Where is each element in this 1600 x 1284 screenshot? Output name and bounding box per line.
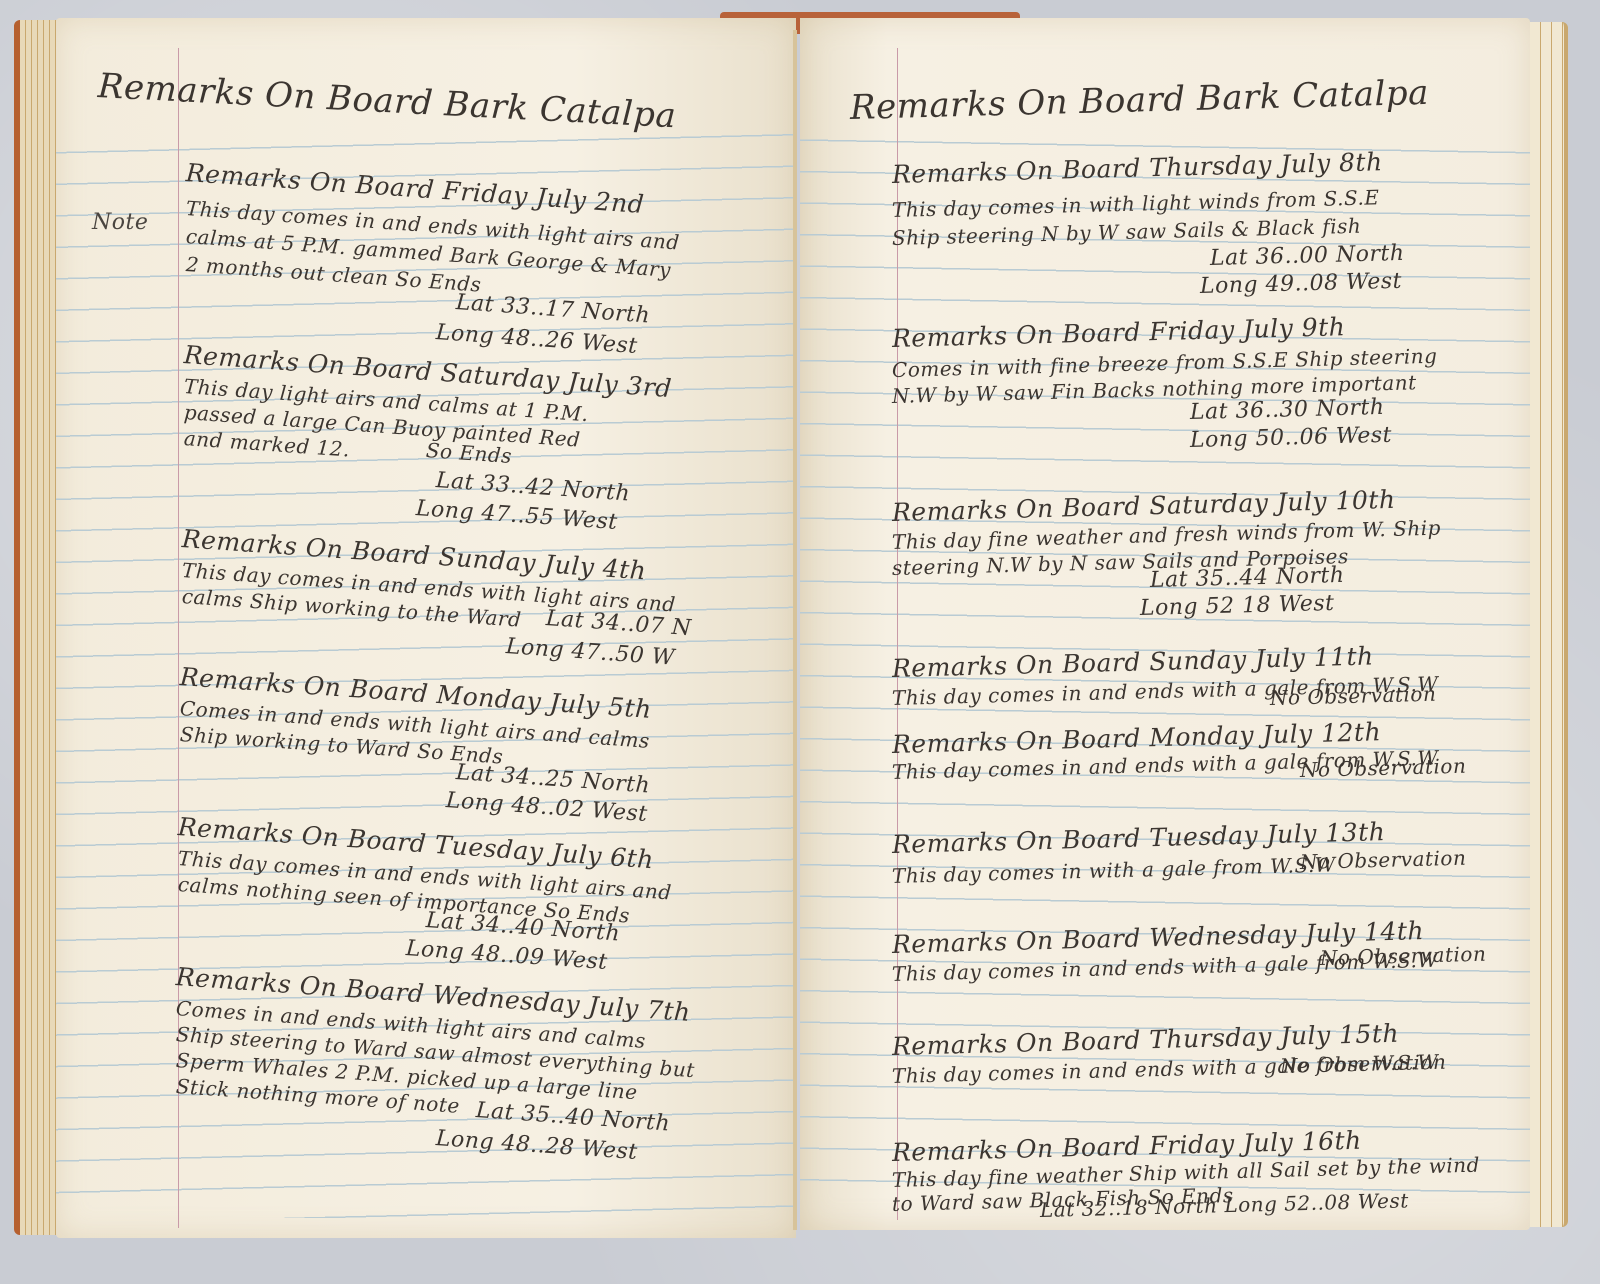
book-gutter — [793, 30, 797, 1230]
page-title: Remarks On Board Bark Catalpa — [849, 73, 1429, 128]
longitude: Long 49..08 West — [1200, 269, 1403, 299]
open-logbook: Remarks On Board Bark Catalpa Note Remar… — [0, 0, 1600, 1284]
latitude: Lat 35..44 North — [1150, 563, 1345, 593]
no-observation: No Observation — [1300, 846, 1467, 874]
right-page-edges — [1530, 22, 1568, 1227]
left-page: Remarks On Board Bark Catalpa Note Remar… — [56, 18, 796, 1238]
latitude: Lat 36..00 North — [1210, 241, 1405, 271]
no-observation: No Observation — [1270, 682, 1437, 710]
no-observation: No Observation — [1320, 942, 1487, 970]
margin-note: Note — [92, 210, 148, 235]
no-observation: No Observation — [1280, 1050, 1447, 1078]
right-page: Remarks On Board Bark Catalpa Remarks On… — [800, 18, 1530, 1230]
no-observation: No Observation — [1300, 754, 1467, 782]
longitude: Long 52 18 West — [1140, 591, 1335, 621]
longitude: Long 50..06 West — [1190, 423, 1393, 453]
latitude: Lat 36..30 North — [1190, 395, 1385, 425]
